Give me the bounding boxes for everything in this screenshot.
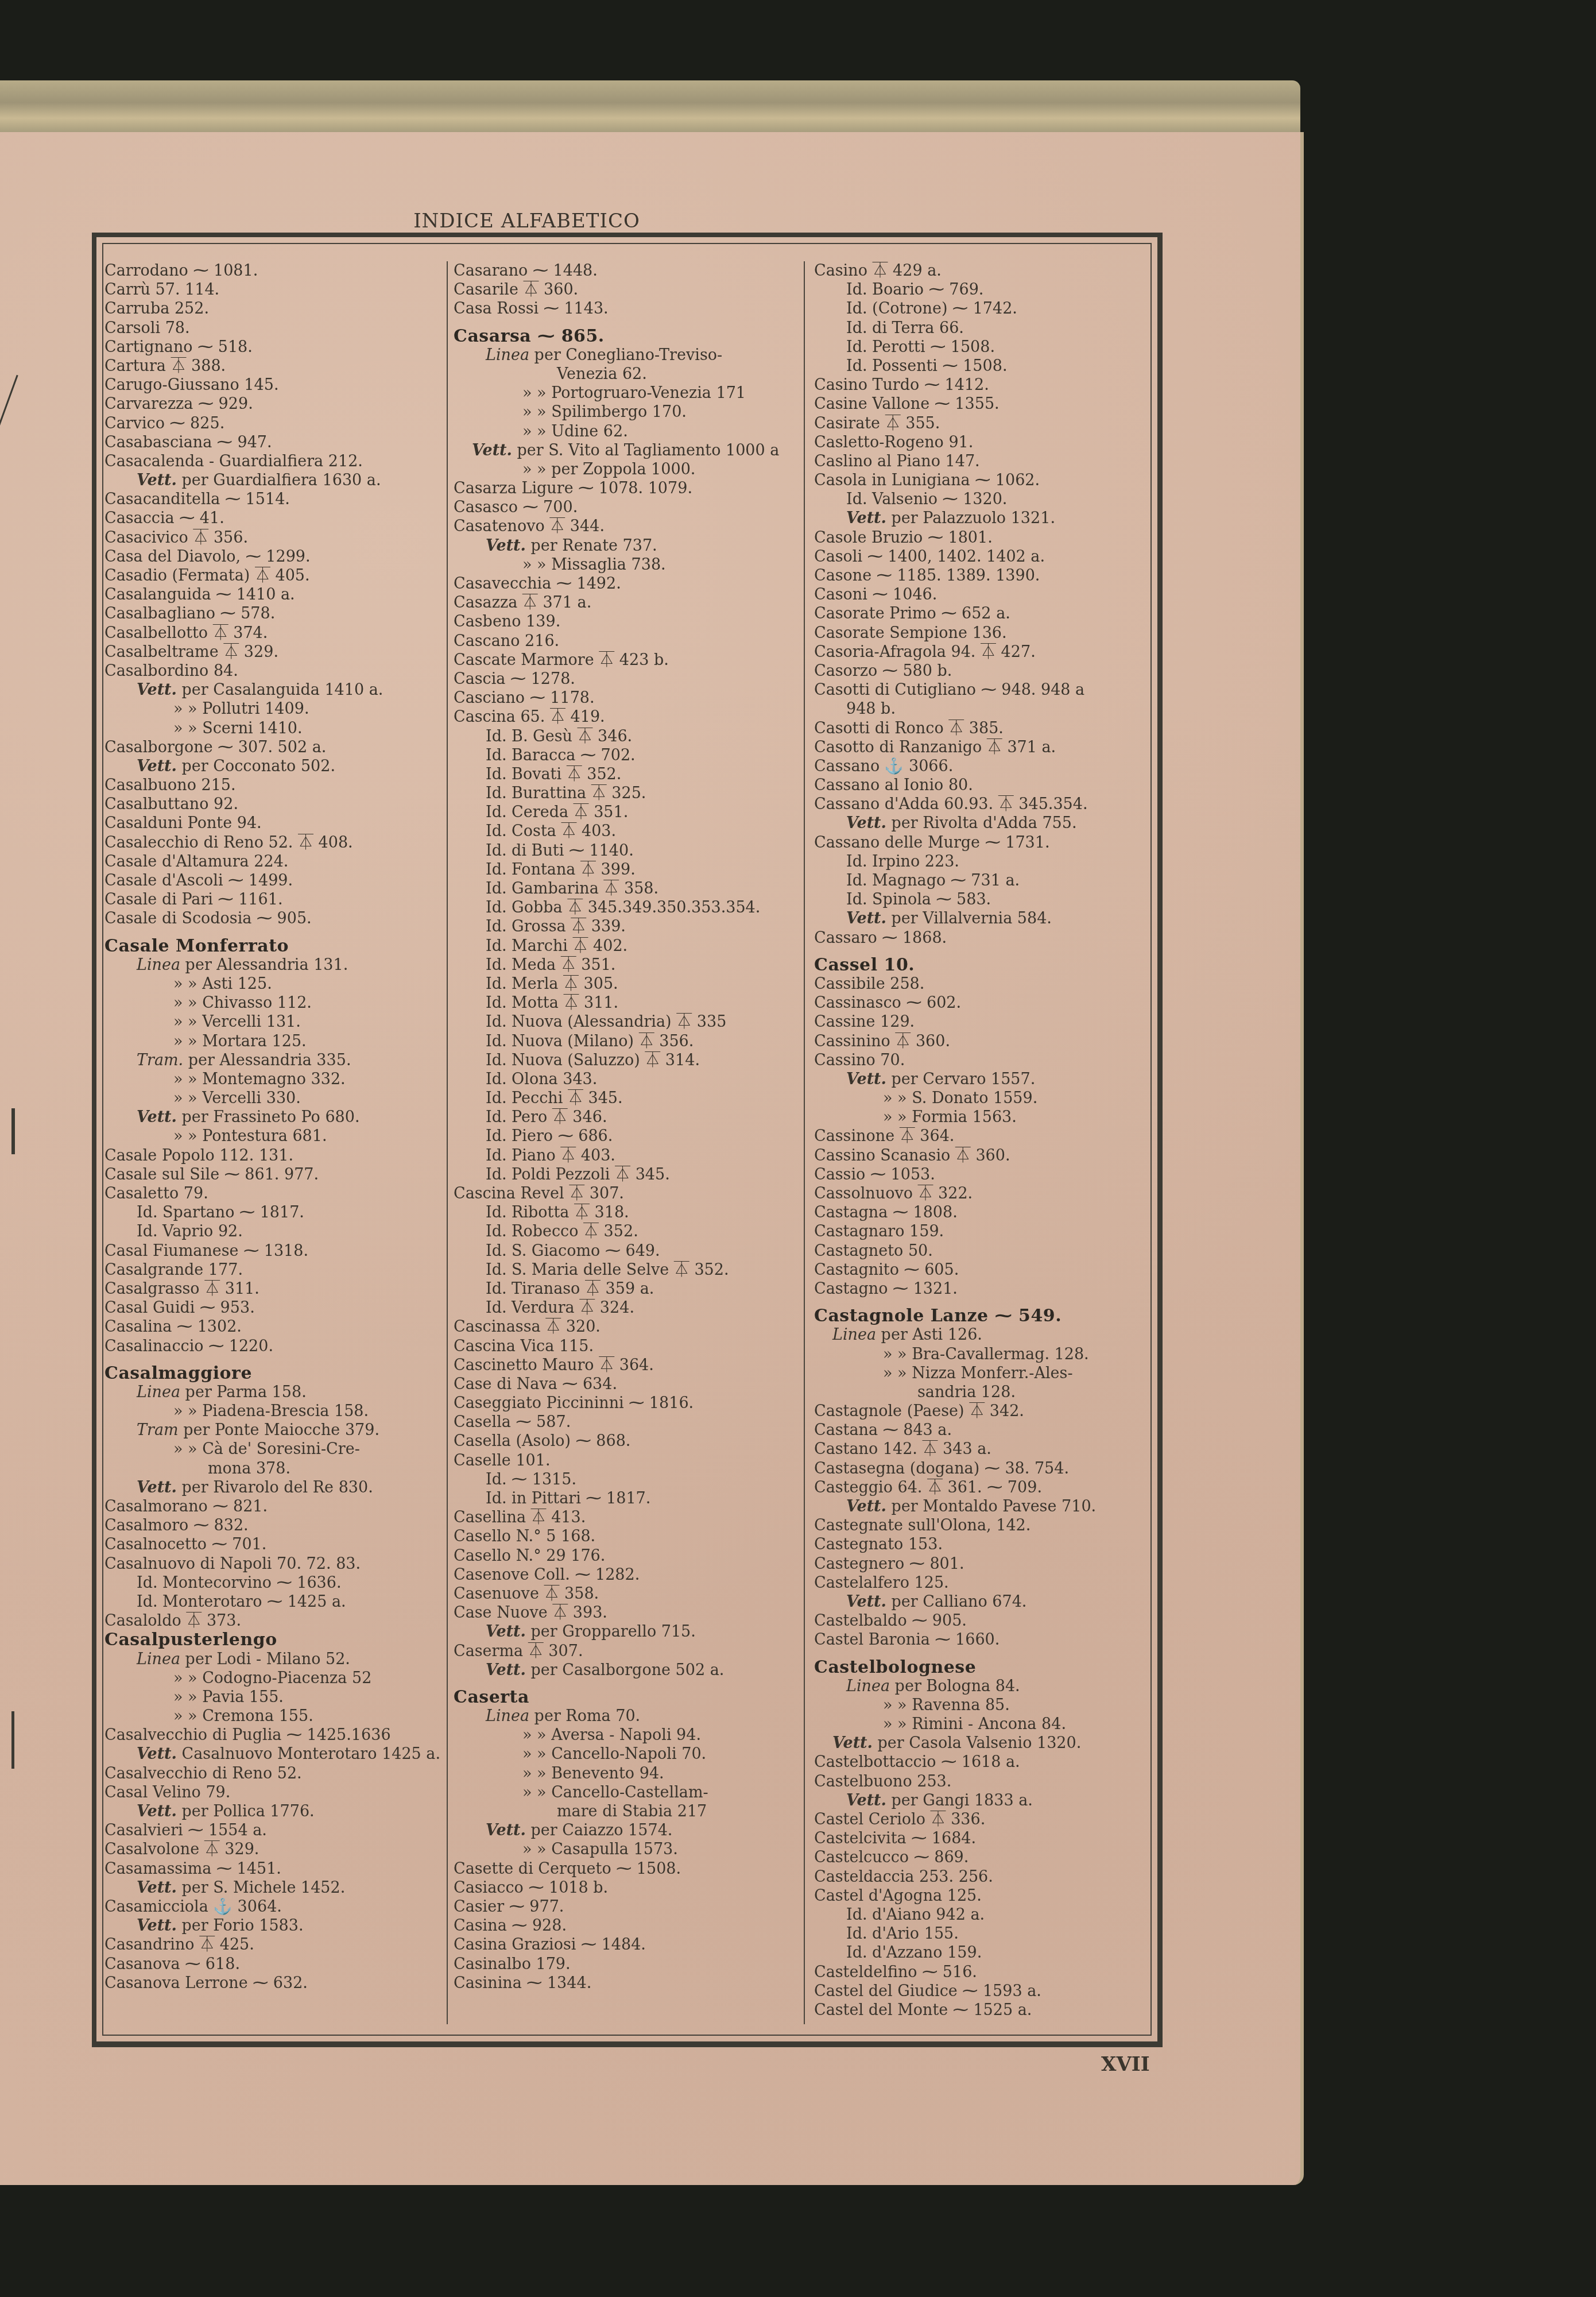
repeat-entry: » » Cremona 155. bbox=[104, 1707, 449, 1726]
entry-type-label: Vett. bbox=[486, 1822, 526, 1839]
idem-entry: Id. Piano ⏄ 403. bbox=[454, 1146, 798, 1165]
entry-type-label: Linea bbox=[832, 1326, 876, 1344]
carriage-entry: Vett. per Palazzuolo 1321. bbox=[814, 509, 1159, 528]
line-entry: Linea per Conegliano-Treviso- bbox=[454, 346, 798, 365]
index-entry: Cartignano ⁓ 518. bbox=[104, 338, 449, 357]
index-entry: Casa del Diavolo, ⁓ 1299. bbox=[104, 547, 449, 566]
repeat-entry: » » Bra-Cavallermag. 128. bbox=[814, 1345, 1159, 1364]
idem-entry: Id. ⁓ 1315. bbox=[454, 1470, 798, 1489]
index-entry: Castelbaldo ⁓ 905. bbox=[814, 1611, 1159, 1630]
index-entry: Cassinasco ⁓ 602. bbox=[814, 993, 1159, 1012]
index-entry: Casalvecchio di Reno 52. bbox=[104, 1764, 449, 1783]
idem-entry: Id. Pecchi ⏄ 345. bbox=[454, 1089, 798, 1108]
index-entry: Casazza ⏄ 371 a. bbox=[454, 593, 798, 612]
index-entry: Casenove Coll. ⁓ 1282. bbox=[454, 1565, 798, 1584]
entry-type-label: Vett. bbox=[472, 442, 512, 459]
index-entry: Casinina ⁓ 1344. bbox=[454, 1974, 798, 1993]
index-entry: Castelcivita ⁓ 1684. bbox=[814, 1829, 1159, 1848]
index-entry: Casalborgone ⁓ 307. 502 a. bbox=[104, 738, 449, 757]
index-entry: Cascina Revel ⏄ 307. bbox=[454, 1184, 798, 1203]
index-entry: Castel Ceriolo ⏄ 336. bbox=[814, 1810, 1159, 1829]
index-entry: Cassano d'Adda 60.93. ⏄ 345.354. bbox=[814, 795, 1159, 814]
index-entry: Casalina ⁓ 1302. bbox=[104, 1317, 449, 1336]
index-entry: Casina ⁓ 928. bbox=[454, 1916, 798, 1935]
spacer bbox=[814, 1650, 1159, 1658]
index-entry: Casanova ⁓ 618. bbox=[104, 1955, 449, 1974]
index-entry: Castegnato 153. bbox=[814, 1535, 1159, 1554]
index-entry: Cascina Vica 115. bbox=[454, 1337, 798, 1356]
index-entry: Casalvieri ⁓ 1554 a. bbox=[104, 1821, 449, 1840]
carriage-entry: Vett. per Gangi 1833 a. bbox=[814, 1791, 1159, 1810]
carriage-entry: Vett. per Villalvernia 584. bbox=[814, 909, 1159, 928]
index-entry: Cassino Scanasio ⏄ 360. bbox=[814, 1146, 1159, 1165]
index-entry: Casacanditella ⁓ 1514. bbox=[104, 490, 449, 509]
carriage-entry: Vett. per Casola Valsenio 1320. bbox=[814, 1734, 1159, 1753]
index-entry: Caserma ⏄ 307. bbox=[454, 1642, 798, 1661]
index-entry: Carrodano ⁓ 1081. bbox=[104, 261, 449, 280]
index-entry: Casella ⁓ 587. bbox=[454, 1413, 798, 1432]
idem-entry: Id. in Pittari ⁓ 1817. bbox=[454, 1489, 798, 1508]
index-entry: Casola in Lunigiana ⁓ 1062. bbox=[814, 471, 1159, 490]
carriage-entry: Vett. per Renate 737. bbox=[454, 536, 798, 555]
repeat-entry: » » S. Donato 1559. bbox=[814, 1089, 1159, 1108]
index-entry: Cassinino ⏄ 360. bbox=[814, 1032, 1159, 1051]
index-entry: Cascano 216. bbox=[454, 632, 798, 651]
repeat-entry: » » per Zoppola 1000. bbox=[454, 460, 798, 479]
index-entry: Castana ⁓ 843 a. bbox=[814, 1421, 1159, 1440]
index-entry: Castegnate sull'Olona, 142. bbox=[814, 1516, 1159, 1535]
repeat-entry: » » Aversa - Napoli 94. bbox=[454, 1726, 798, 1745]
line-entry: Tram per Ponte Maiocche 379. bbox=[104, 1421, 449, 1440]
margin-mark bbox=[11, 1108, 15, 1154]
entry-type-label: Vett. bbox=[137, 1108, 177, 1126]
repeat-entry: » » Cà de' Soresini-Cre- bbox=[104, 1440, 449, 1459]
repeat-entry: » » Formia 1563. bbox=[814, 1108, 1159, 1127]
index-entry: Casciano ⁓ 1178. bbox=[454, 689, 798, 707]
idem-entry: Id. Irpino 223. bbox=[814, 852, 1159, 871]
carriage-entry: Vett. per Cocconato 502. bbox=[104, 757, 449, 776]
spacer bbox=[454, 1680, 798, 1688]
repeat-entry: » » Vercelli 330. bbox=[104, 1089, 449, 1108]
index-entry: Carrù 57. 114. bbox=[104, 280, 449, 299]
idem-entry: Id. Nuova (Saluzzo) ⏄ 314. bbox=[454, 1051, 798, 1070]
index-entry: Cascina 65. ⏄ 419. bbox=[454, 707, 798, 726]
carriage-entry: Vett. per Pollica 1776. bbox=[104, 1802, 449, 1821]
index-entry: Casino ⏄ 429 a. bbox=[814, 261, 1159, 280]
index-entry: Casoli ⁓ 1400, 1402. 1402 a. bbox=[814, 547, 1159, 566]
index-entry: Casello N.° 29 176. bbox=[454, 1546, 798, 1565]
index-entry: Casamicciola ⚓ 3064. bbox=[104, 1897, 449, 1916]
index-entry: Castagno ⁓ 1321. bbox=[814, 1279, 1159, 1298]
idem-entry: Id. Motta ⏄ 311. bbox=[454, 993, 798, 1012]
index-entry: Casenuove ⏄ 358. bbox=[454, 1584, 798, 1603]
index-entry: Casaloldo ⏄ 373. bbox=[104, 1611, 449, 1630]
index-entry: Casale di Scodosia ⁓ 905. bbox=[104, 909, 449, 928]
idem-entry: Id. S. Maria delle Selve ⏄ 352. bbox=[454, 1260, 798, 1279]
idem-entry: Id. Possenti ⁓ 1508. bbox=[814, 357, 1159, 376]
entry-type-label: Vett. bbox=[846, 1498, 886, 1515]
carriage-entry: Vett. per Gropparello 715. bbox=[454, 1622, 798, 1641]
index-entry: Casasco ⁓ 700. bbox=[454, 498, 798, 517]
carriage-entry: Vett. per S. Vito al Tagliamento 1000 a bbox=[454, 441, 798, 460]
entry-type-label: Vett. bbox=[846, 910, 886, 927]
index-entry: Casabasciana ⁓ 947. bbox=[104, 433, 449, 452]
index-entry: Cartura ⏄ 388. bbox=[104, 357, 449, 376]
carriage-entry: Vett. per Rivolta d'Adda 755. bbox=[814, 814, 1159, 833]
index-entry: Castelcucco ⁓ 869. bbox=[814, 1848, 1159, 1867]
idem-entry: Id. (Cotrone) ⁓ 1742. bbox=[814, 299, 1159, 318]
index-entry: Castel d'Agogna 125. bbox=[814, 1886, 1159, 1905]
entry-type-label: Vett. bbox=[137, 1879, 177, 1897]
index-entry: Casalgrasso ⏄ 311. bbox=[104, 1279, 449, 1298]
idem-entry: Id. Gobba ⏄ 345.349.350.353.354. bbox=[454, 898, 798, 917]
idem-entry: Id. Tiranaso ⏄ 359 a. bbox=[454, 1279, 798, 1298]
index-entry: Casina Graziosi ⁓ 1484. bbox=[454, 1935, 798, 1954]
index-entry: Casalmoro ⁓ 832. bbox=[104, 1516, 449, 1535]
entry-type-label: Vett. bbox=[137, 1803, 177, 1820]
index-entry: Castagnole (Paese) ⏄ 342. bbox=[814, 1402, 1159, 1421]
index-entry: Casale Popolo 112. 131. bbox=[104, 1146, 449, 1165]
spacer bbox=[454, 319, 798, 327]
idem-entry: Id. Baracca ⁓ 702. bbox=[454, 746, 798, 765]
index-entry: Castasegna (dogana) ⁓ 38. 754. bbox=[814, 1459, 1159, 1478]
index-entry: Casarano ⁓ 1448. bbox=[454, 261, 798, 280]
index-entry: Casaletto 79. bbox=[104, 1184, 449, 1203]
index-entry: Casorzo ⁓ 580 b. bbox=[814, 662, 1159, 680]
index-entry: Casino Turdo ⁓ 1412. bbox=[814, 376, 1159, 395]
index-entry: Castegnero ⁓ 801. bbox=[814, 1554, 1159, 1573]
repeat-entry: » » Chivasso 112. bbox=[104, 993, 449, 1012]
idem-entry: Id. Costa ⏄ 403. bbox=[454, 822, 798, 841]
index-entry: Castel Baronia ⁓ 1660. bbox=[814, 1630, 1159, 1649]
index-entry: Casella (Asolo) ⁓ 868. bbox=[454, 1432, 798, 1451]
entry-type-label: Linea bbox=[137, 956, 180, 974]
index-column-1: Carrodano ⁓ 1081.Carrù 57. 114.Carruba 2… bbox=[104, 261, 449, 1993]
spacer bbox=[814, 948, 1159, 956]
index-entry: Casinalbo 179. bbox=[454, 1955, 798, 1974]
index-entry: Casiacco ⁓ 1018 b. bbox=[454, 1878, 798, 1897]
entry-type-label: Linea bbox=[846, 1677, 890, 1695]
carriage-entry: Vett. per Caiazzo 1574. bbox=[454, 1821, 798, 1840]
index-heading: Cassel 10. bbox=[814, 956, 1159, 975]
entry-type-label: Linea bbox=[486, 346, 529, 364]
index-entry: Casteldelfino ⁓ 516. bbox=[814, 1963, 1159, 1982]
idem-entry: Id. di Buti ⁓ 1140. bbox=[454, 841, 798, 860]
index-entry: Casier ⁓ 977. bbox=[454, 1897, 798, 1916]
idem-entry: Id. Piero ⁓ 686. bbox=[454, 1127, 798, 1146]
index-entry: Carruba 252. bbox=[104, 299, 449, 318]
index-entry: Casello N.° 5 168. bbox=[454, 1527, 798, 1546]
index-entry: Casotto di Ranzanigo ⏄ 371 a. bbox=[814, 738, 1159, 757]
idem-entry: Id. Grossa ⏄ 339. bbox=[454, 917, 798, 936]
repeat-entry: » » Missaglia 738. bbox=[454, 555, 798, 574]
idem-entry: Id. Poldi Pezzoli ⏄ 345. bbox=[454, 1165, 798, 1184]
index-entry: Casoria-Afragola 94. ⏄ 427. bbox=[814, 643, 1159, 662]
index-entry: Casal Velino 79. bbox=[104, 1783, 449, 1802]
index-entry: Casa Rossi ⁓ 1143. bbox=[454, 299, 798, 318]
idem-entry: Id. Gambarina ⏄ 358. bbox=[454, 879, 798, 898]
continuation-entry: Venezia 62. bbox=[454, 365, 798, 384]
repeat-entry: » » Piadena-Brescia 158. bbox=[104, 1402, 449, 1421]
index-entry: Casone ⁓ 1185. 1389. 1390. bbox=[814, 566, 1159, 585]
index-entry: Cassano ⚓ 3066. bbox=[814, 757, 1159, 776]
index-entry: Casadio (Fermata) ⏄ 405. bbox=[104, 566, 449, 585]
carriage-entry: Vett. per S. Michele 1452. bbox=[104, 1878, 449, 1897]
index-heading: Casalmaggiore bbox=[104, 1364, 449, 1383]
index-heading: Casalpusterlengo bbox=[104, 1630, 449, 1649]
repeat-entry: » » Benevento 94. bbox=[454, 1764, 798, 1783]
index-entry: Casine Vallone ⁓ 1355. bbox=[814, 395, 1159, 413]
index-entry: Casalbordino 84. bbox=[104, 662, 449, 680]
carriage-entry: Vett. per Cervaro 1557. bbox=[814, 1070, 1159, 1089]
idem-entry: Id. Spinola ⁓ 583. bbox=[814, 890, 1159, 909]
repeat-entry: » » Cancello-Napoli 70. bbox=[454, 1745, 798, 1764]
entry-type-label: Vett. bbox=[486, 1623, 526, 1641]
continuation-entry: mare di Stabia 217 bbox=[454, 1802, 798, 1821]
repeat-entry: » » Nizza Monferr.-Ales- bbox=[814, 1364, 1159, 1383]
index-entry: Cassano delle Murge ⁓ 1731. bbox=[814, 833, 1159, 852]
idem-entry: Id. Magnago ⁓ 731 a. bbox=[814, 871, 1159, 890]
index-entry: Casalbagliano ⁓ 578. bbox=[104, 604, 449, 623]
repeat-entry: » » Pontestura 681. bbox=[104, 1127, 449, 1146]
index-entry: Casalbeltrame ⏄ 329. bbox=[104, 643, 449, 662]
index-entry: Cassio ⁓ 1053. bbox=[814, 1165, 1159, 1184]
idem-entry: Id. Valsenio ⁓ 1320. bbox=[814, 490, 1159, 509]
idem-entry: Id. Verdura ⏄ 324. bbox=[454, 1298, 798, 1317]
entry-type-label: Vett. bbox=[846, 1070, 886, 1088]
index-entry: Castel del Monte ⁓ 1525 a. bbox=[814, 2001, 1159, 2020]
idem-entry: Id. Nuova (Alessandria) ⏄ 335 bbox=[454, 1012, 798, 1031]
index-entry: Casotti di Ronco ⏄ 385. bbox=[814, 719, 1159, 738]
index-entry: Cascate Marmore ⏄ 423 b. bbox=[454, 651, 798, 670]
column-divider bbox=[804, 261, 805, 2024]
idem-entry: Id. B. Gesù ⏄ 346. bbox=[454, 727, 798, 746]
entry-type-label: Vett. bbox=[846, 1792, 886, 1809]
carriage-entry: Vett. per Casalanguida 1410 a. bbox=[104, 680, 449, 699]
index-entry: Castano 142. ⏄ 343 a. bbox=[814, 1440, 1159, 1459]
index-entry: Case Nuove ⏄ 393. bbox=[454, 1603, 798, 1622]
index-entry: Casacivico ⏄ 356. bbox=[104, 528, 449, 547]
spacer bbox=[814, 1298, 1159, 1306]
entry-type-label: Vett. bbox=[486, 537, 526, 555]
index-entry: Casal Fiumanese ⁓ 1318. bbox=[104, 1242, 449, 1260]
index-entry: Carugo-Giussano 145. bbox=[104, 376, 449, 395]
idem-entry: Id. d'Azzano 159. bbox=[814, 1943, 1159, 1962]
index-entry: Casoni ⁓ 1046. bbox=[814, 585, 1159, 604]
index-entry: Casale d'Ascoli ⁓ 1499. bbox=[104, 871, 449, 890]
index-entry: Cassine 129. bbox=[814, 1012, 1159, 1031]
margin-mark bbox=[11, 1711, 14, 1769]
idem-entry: Id. Marchi ⏄ 402. bbox=[454, 937, 798, 956]
idem-entry: Id. Spartano ⁓ 1817. bbox=[104, 1203, 449, 1222]
idem-entry: Id. Burattina ⏄ 325. bbox=[454, 784, 798, 803]
line-entry: Linea per Asti 126. bbox=[814, 1325, 1159, 1344]
entry-type-label: Linea bbox=[137, 1383, 180, 1401]
continuation-entry: sandria 128. bbox=[814, 1383, 1159, 1402]
index-entry: Casalnuovo di Napoli 70. 72. 83. bbox=[104, 1554, 449, 1573]
index-entry: Casette di Cerqueto ⁓ 1508. bbox=[454, 1859, 798, 1878]
page-number: XVII bbox=[1101, 2053, 1150, 2076]
page-header: INDICE ALFABETICO bbox=[0, 210, 1300, 233]
carriage-entry: Vett. per Calliano 674. bbox=[814, 1592, 1159, 1611]
idem-entry: Id. Vaprio 92. bbox=[104, 1222, 449, 1241]
index-entry: Casarza Ligure ⁓ 1078. 1079. bbox=[454, 479, 798, 498]
repeat-entry: » » Udine 62. bbox=[454, 422, 798, 441]
index-entry: Casaccia ⁓ 41. bbox=[104, 509, 449, 528]
carriage-entry: Vett. per Guardialfiera 1630 a. bbox=[104, 471, 449, 490]
index-entry: Case di Nava ⁓ 634. bbox=[454, 1375, 798, 1394]
carriage-entry: Vett. per Rivarolo del Re 830. bbox=[104, 1478, 449, 1497]
carriage-entry: Vett. Casalnuovo Monterotaro 1425 a. bbox=[104, 1745, 449, 1764]
entry-type-label: Vett. bbox=[486, 1661, 526, 1679]
index-entry: Casalgrande 177. bbox=[104, 1260, 449, 1279]
index-entry: Castagnaro 159. bbox=[814, 1222, 1159, 1241]
idem-entry: Id. Merla ⏄ 305. bbox=[454, 975, 798, 993]
index-entry: Cassaro ⁓ 1868. bbox=[814, 929, 1159, 948]
index-entry: Casalecchio di Reno 52. ⏄ 408. bbox=[104, 833, 449, 852]
index-heading: Casale Monferrato bbox=[104, 937, 449, 956]
entry-type-label: Vett. bbox=[832, 1734, 873, 1752]
index-entry: Casorate Sempione 136. bbox=[814, 624, 1159, 643]
idem-entry: Id. Robecco ⏄ 352. bbox=[454, 1222, 798, 1241]
idem-entry: Id. Bovati ⏄ 352. bbox=[454, 765, 798, 784]
line-entry: Linea per Bologna 84. bbox=[814, 1677, 1159, 1696]
index-entry: Casletto-Rogeno 91. bbox=[814, 433, 1159, 452]
repeat-entry: » » Scerni 1410. bbox=[104, 719, 449, 738]
index-heading: Castelbolognese bbox=[814, 1658, 1159, 1677]
repeat-entry: » » Portogruaro-Venezia 171 bbox=[454, 384, 798, 403]
index-entry: Carvarezza ⁓ 929. bbox=[104, 395, 449, 413]
index-entry: Carsoli 78. bbox=[104, 319, 449, 338]
index-entry: Casalduni Ponte 94. bbox=[104, 814, 449, 833]
idem-entry: Id. Fontana ⏄ 399. bbox=[454, 860, 798, 879]
index-entry: Casirate ⏄ 355. bbox=[814, 414, 1159, 433]
repeat-entry: » » Ravenna 85. bbox=[814, 1696, 1159, 1715]
idem-entry: Id. Olona 343. bbox=[454, 1070, 798, 1089]
index-entry: Casacalenda - Guardialfiera 212. bbox=[104, 452, 449, 471]
entry-type-label: Tram bbox=[137, 1421, 179, 1439]
index-entry: Castelbuono 253. bbox=[814, 1772, 1159, 1791]
carriage-entry: Vett. per Forio 1583. bbox=[104, 1916, 449, 1935]
entry-type-label: Vett. bbox=[137, 1745, 177, 1763]
idem-entry: Id. di Terra 66. bbox=[814, 319, 1159, 338]
index-entry: Casotti di Cutigliano ⁓ 948. 948 a bbox=[814, 680, 1159, 699]
index-entry: Casellina ⏄ 413. bbox=[454, 1508, 798, 1527]
index-entry: Castelalfero 125. bbox=[814, 1573, 1159, 1592]
index-entry: Casalmorano ⁓ 821. bbox=[104, 1497, 449, 1516]
index-entry: Casalnocetto ⁓ 701. bbox=[104, 1535, 449, 1554]
idem-entry: 948 b. bbox=[814, 699, 1159, 718]
index-entry: Casale d'Altamura 224. bbox=[104, 852, 449, 871]
index-entry: Casteggio 64. ⏄ 361. ⁓ 709. bbox=[814, 1478, 1159, 1497]
entry-type-label: Linea bbox=[486, 1707, 529, 1725]
index-entry: Casale sul Sile ⁓ 861. 977. bbox=[104, 1165, 449, 1184]
repeat-entry: » » Rimini - Ancona 84. bbox=[814, 1715, 1159, 1734]
entry-type-label: Vett. bbox=[846, 1593, 886, 1611]
line-entry: Linea per Parma 158. bbox=[104, 1383, 449, 1402]
index-entry: Casalanguida ⁓ 1410 a. bbox=[104, 585, 449, 604]
entry-type-label: Vett. bbox=[137, 471, 177, 489]
carriage-entry: Vett. per Casalborgone 502 a. bbox=[454, 1661, 798, 1680]
repeat-entry: » » Mortara 125. bbox=[104, 1032, 449, 1051]
index-entry: Casal Guidi ⁓ 953. bbox=[104, 1298, 449, 1317]
index-column-2: Casarano ⁓ 1448.Casarile ⏄ 360.Casa Ross… bbox=[454, 261, 798, 1993]
repeat-entry: » » Pavia 155. bbox=[104, 1688, 449, 1707]
index-entry: Castagnito ⁓ 605. bbox=[814, 1260, 1159, 1279]
repeat-entry: » » Asti 125. bbox=[104, 975, 449, 993]
index-entry: Cassinone ⏄ 364. bbox=[814, 1127, 1159, 1146]
index-entry: Cassino 70. bbox=[814, 1051, 1159, 1070]
index-entry: Casole Bruzio ⁓ 1801. bbox=[814, 528, 1159, 547]
index-entry: Cascinetto Mauro ⏄ 364. bbox=[454, 1356, 798, 1375]
index-entry: Casalvolone ⏄ 329. bbox=[104, 1840, 449, 1859]
repeat-entry: » » Cancello-Castellam- bbox=[454, 1783, 798, 1802]
index-entry: Castelbottaccio ⁓ 1618 a. bbox=[814, 1753, 1159, 1772]
index-entry: Caselle 101. bbox=[454, 1451, 798, 1470]
index-entry: Casanova Lerrone ⁓ 632. bbox=[104, 1974, 449, 1993]
entry-type-label: Vett. bbox=[137, 757, 177, 775]
index-entry: Casale di Pari ⁓ 1161. bbox=[104, 890, 449, 909]
spacer bbox=[104, 1356, 449, 1364]
index-entry: Casalinaccio ⁓ 1220. bbox=[104, 1337, 449, 1356]
idem-entry: Id. Ribotta ⏄ 318. bbox=[454, 1203, 798, 1222]
entry-type-label: Vett. bbox=[137, 1479, 177, 1496]
index-entry: Casalvecchio di Puglia ⁓ 1425.1636 bbox=[104, 1726, 449, 1745]
idem-entry: Id. Meda ⏄ 351. bbox=[454, 956, 798, 975]
idem-entry: Id. Boario ⁓ 769. bbox=[814, 280, 1159, 299]
line-entry: Linea per Roma 70. bbox=[454, 1707, 798, 1726]
index-entry: Casavecchia ⁓ 1492. bbox=[454, 574, 798, 593]
continuation-entry: mona 378. bbox=[104, 1459, 449, 1478]
entry-type-label: Tram. bbox=[137, 1051, 183, 1069]
entry-type-label: Vett. bbox=[846, 509, 886, 527]
index-entry: Casbeno 139. bbox=[454, 612, 798, 631]
index-entry: Caseggiato Piccininni ⁓ 1816. bbox=[454, 1394, 798, 1413]
page-title: INDICE ALFABETICO bbox=[413, 210, 640, 233]
index-entry: Cassibile 258. bbox=[814, 975, 1159, 993]
index-entry: Casatenovo ⏄ 344. bbox=[454, 517, 798, 536]
index-entry: Castagna ⁓ 1808. bbox=[814, 1203, 1159, 1222]
repeat-entry: » » Montemagno 332. bbox=[104, 1070, 449, 1089]
repeat-entry: » » Casapulla 1573. bbox=[454, 1840, 798, 1859]
index-heading: Casarsa ⁓ 865. bbox=[454, 327, 798, 346]
index-entry: Caslino al Piano 147. bbox=[814, 452, 1159, 471]
index-entry: Cassano al Ionio 80. bbox=[814, 776, 1159, 795]
line-entry: Linea per Alessandria 131. bbox=[104, 956, 449, 975]
index-entry: Cassolnuovo ⏄ 322. bbox=[814, 1184, 1159, 1203]
index-entry: Cascia ⁓ 1278. bbox=[454, 670, 798, 689]
repeat-entry: » » Vercelli 131. bbox=[104, 1012, 449, 1031]
index-entry: Cascinassa ⏄ 320. bbox=[454, 1317, 798, 1336]
idem-entry: Id. d'Ario 155. bbox=[814, 1924, 1159, 1943]
index-entry: Castel del Giudice ⁓ 1593 a. bbox=[814, 1982, 1159, 2001]
line-entry: Linea per Lodi - Milano 52. bbox=[104, 1650, 449, 1669]
idem-entry: Id. Montecorvino ⁓ 1636. bbox=[104, 1573, 449, 1592]
index-column-3: Casino ⏄ 429 a.Id. Boario ⁓ 769.Id. (Cot… bbox=[814, 261, 1159, 2020]
entry-type-label: Vett. bbox=[137, 681, 177, 699]
repeat-entry: » » Pollutri 1409. bbox=[104, 699, 449, 718]
repeat-entry: » » Codogno-Piacenza 52 bbox=[104, 1669, 449, 1688]
idem-entry: Id. Monterotaro ⁓ 1425 a. bbox=[104, 1592, 449, 1611]
index-heading: Castagnole Lanze ⁓ 549. bbox=[814, 1306, 1159, 1325]
idem-entry: Id. S. Giacomo ⁓ 649. bbox=[454, 1242, 798, 1260]
entry-type-label: Linea bbox=[137, 1650, 180, 1668]
entry-type-label: Vett. bbox=[137, 1917, 177, 1935]
repeat-entry: » » Spilimbergo 170. bbox=[454, 403, 798, 421]
index-entry: Casalbuttano 92. bbox=[104, 795, 449, 814]
index-entry: Casalbuono 215. bbox=[104, 776, 449, 795]
index-entry: Casorate Primo ⁓ 652 a. bbox=[814, 604, 1159, 623]
